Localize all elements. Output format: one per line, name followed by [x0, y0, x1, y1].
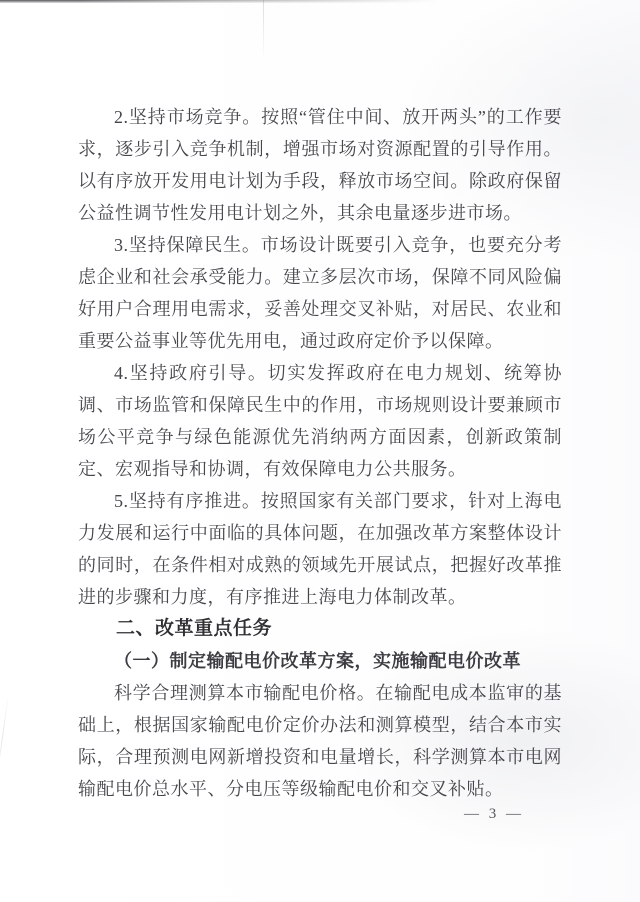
subsection-heading-transmission-price-reform: （一）制定输配电价改革方案，实施输配电价改革 — [78, 645, 562, 677]
scan-artifact-top-line — [0, 0, 440, 3]
scan-artifact-crease — [263, 0, 264, 60]
paragraph-protect-livelihood: 3.坚持保障民生。市场设计既要引入竞争，也要充分考虑企业和社会承受能力。建立多层… — [78, 229, 562, 357]
document-body: 2.坚持市场竞争。按照“管住中间、放开两头”的工作要求，逐步引入竞争机制，增强市… — [78, 101, 562, 805]
section-heading-reform-key-tasks: 二、改革重点任务 — [78, 613, 562, 645]
paragraph-government-guidance: 4.坚持政府引导。切实发挥政府在电力规划、统筹协调、市场监管和保障民生中的作用，… — [78, 357, 562, 485]
scan-artifact-crease-bottom — [0, 692, 9, 781]
page-number: — 3 — — [464, 806, 524, 823]
paragraph-market-competition: 2.坚持市场竞争。按照“管住中间、放开两头”的工作要求，逐步引入竞争机制，增强市… — [78, 101, 562, 229]
paragraph-orderly-advancement: 5.坚持有序推进。按照国家有关部门要求，针对上海电力发展和运行中面临的具体问题，… — [78, 485, 562, 613]
paragraph-price-calculation: 科学合理测算本市输配电价格。在输配电成本监审的基础上，根据国家输配电价定价办法和… — [78, 677, 562, 805]
scanned-document-page: 2.坚持市场竞争。按照“管住中间、放开两头”的工作要求，逐步引入竞争机制，增强市… — [0, 0, 640, 902]
